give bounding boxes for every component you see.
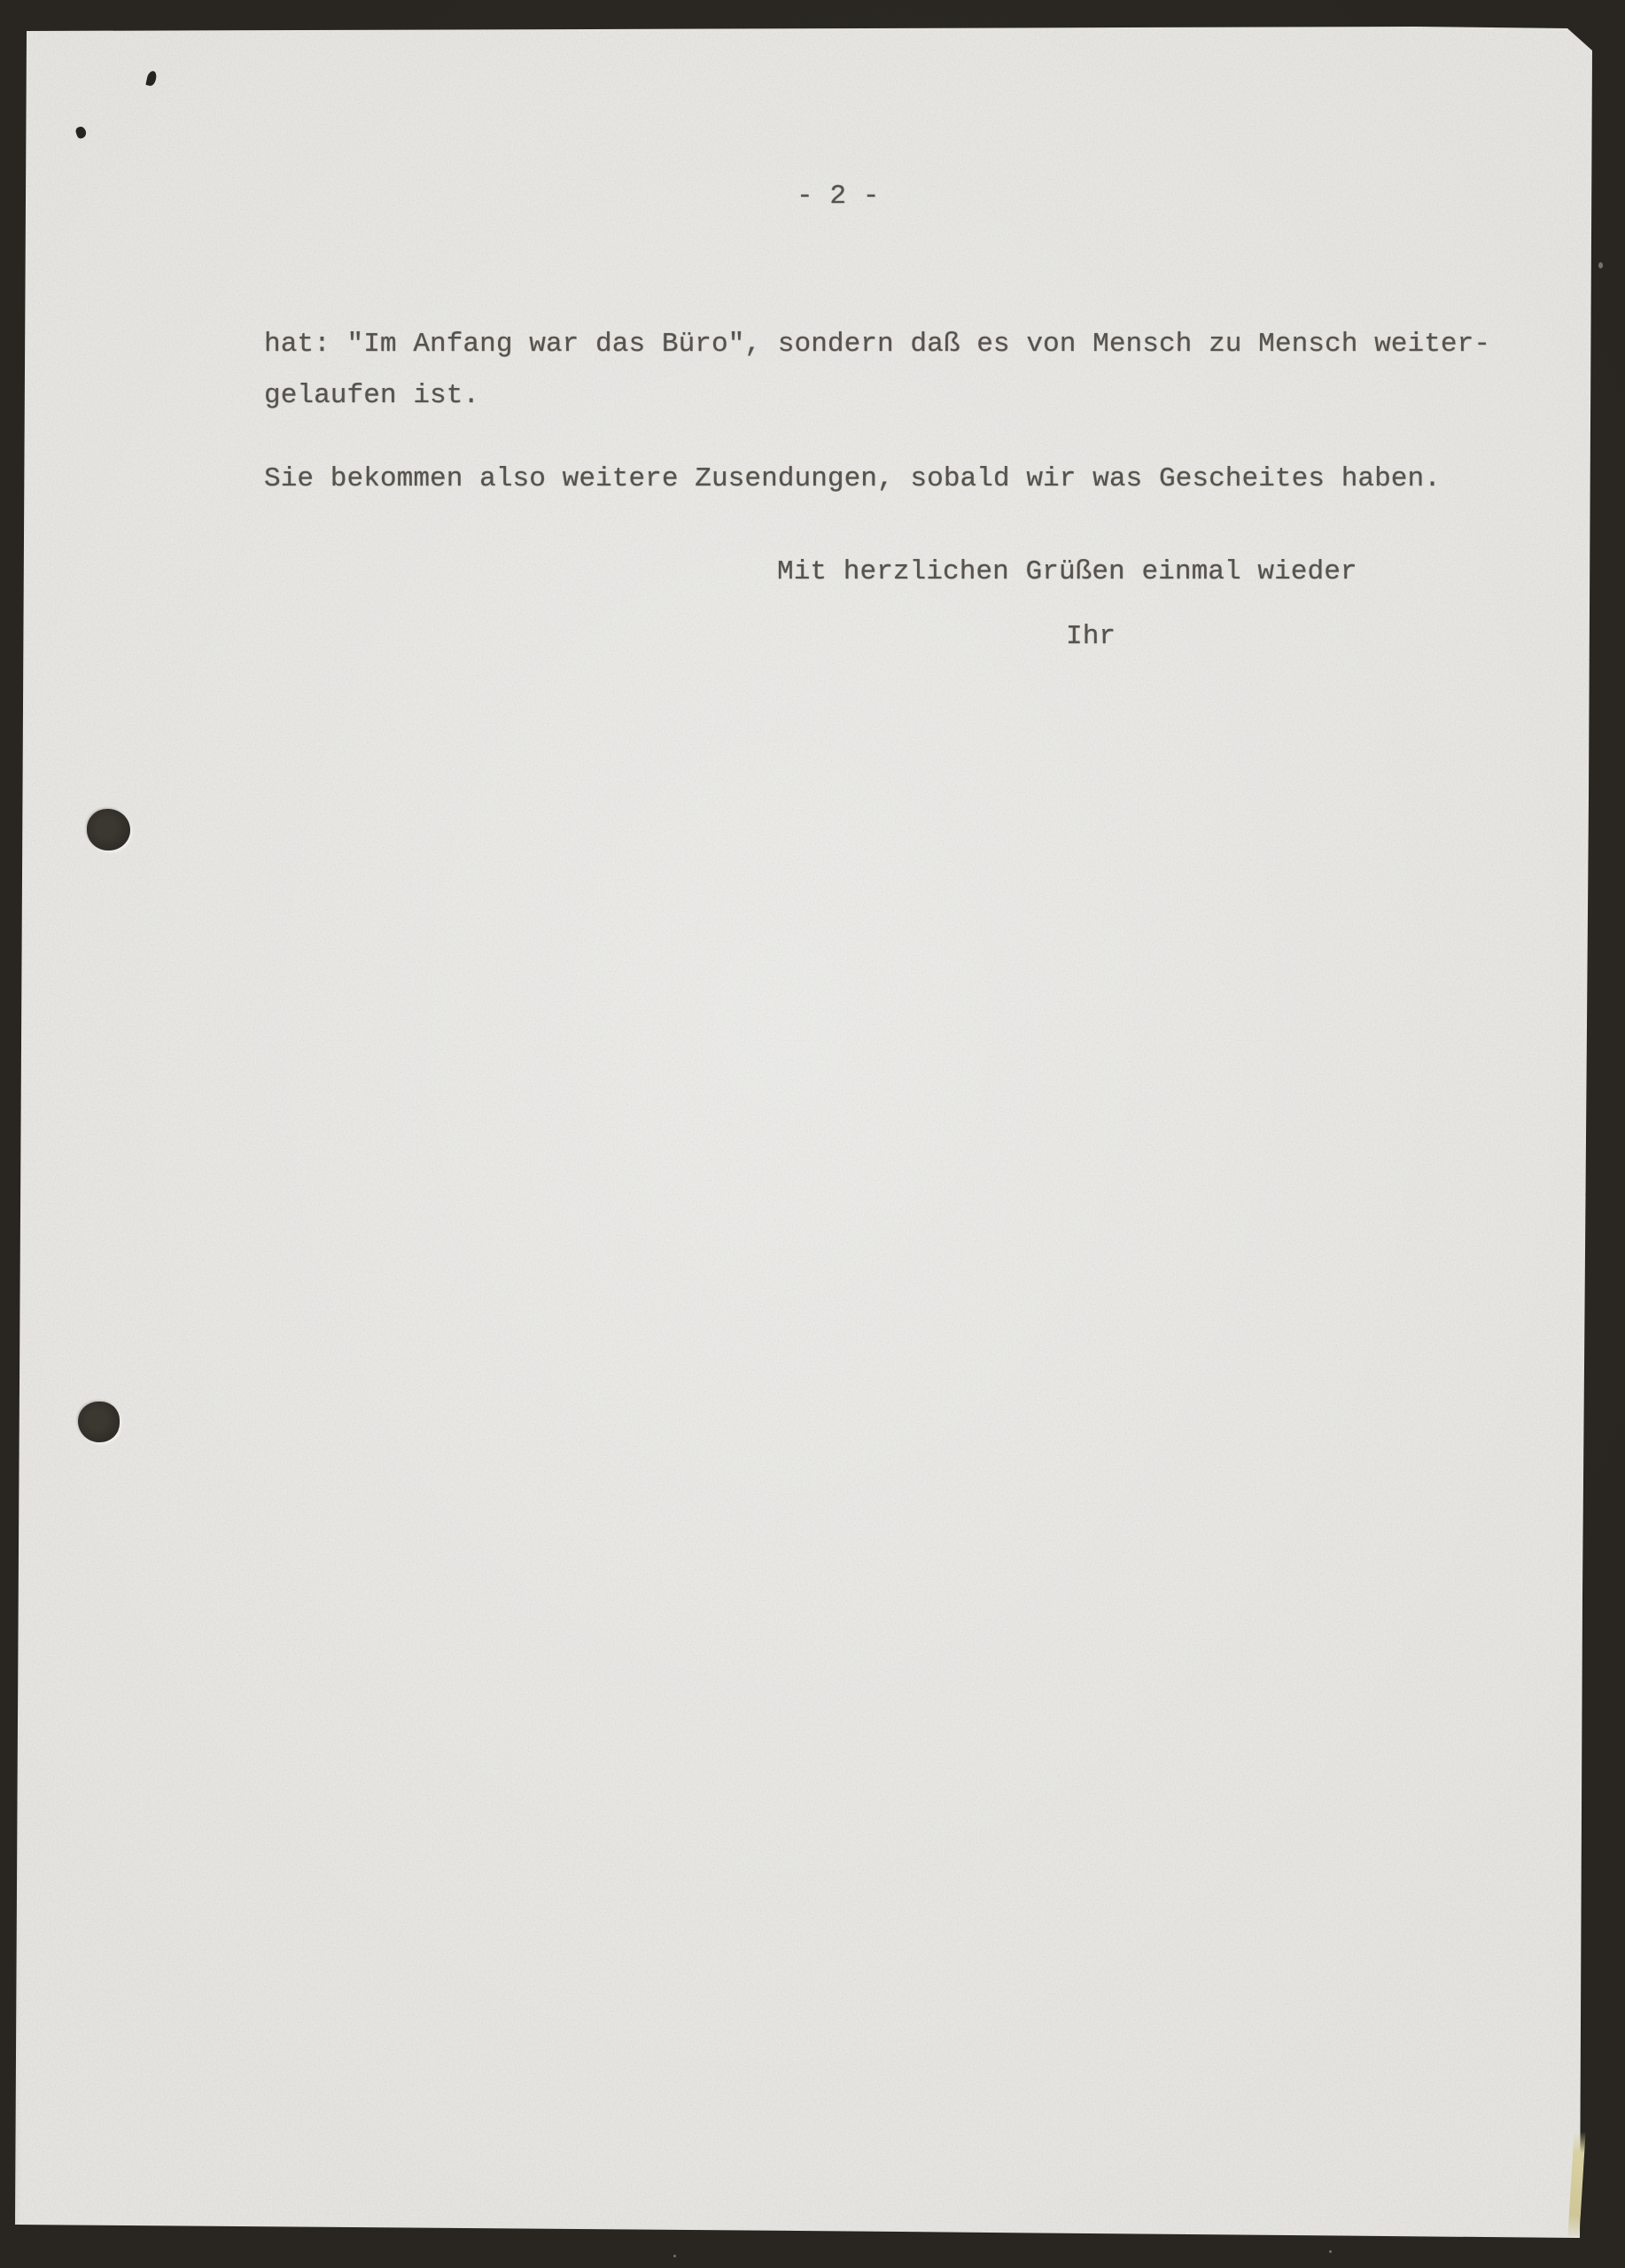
letter-closing-salutation: Mit herzlichen Grüßen einmal wieder bbox=[777, 558, 1357, 586]
mount-speck bbox=[1329, 2250, 1332, 2253]
paper-sheet: - 2 - hat: "Im Anfang war das Büro", son… bbox=[0, 0, 1625, 2268]
ink-speck bbox=[145, 70, 157, 87]
punch-hole-top bbox=[87, 809, 130, 850]
letter-paragraph-1: hat: "Im Anfang war das Büro", sondern d… bbox=[264, 319, 1490, 422]
letter-paragraph-2: Sie bekommen also weitere Zusendungen, s… bbox=[264, 465, 1441, 493]
punch-hole-bottom bbox=[78, 1402, 120, 1442]
page-number: - 2 - bbox=[797, 183, 880, 210]
mount-speck bbox=[1598, 262, 1603, 268]
mount-speck bbox=[673, 2255, 676, 2257]
scanned-letter-page: - 2 - hat: "Im Anfang war das Büro", son… bbox=[0, 0, 1625, 2268]
ink-speck bbox=[74, 126, 88, 140]
letter-closing-ihr: Ihr bbox=[1066, 623, 1116, 650]
